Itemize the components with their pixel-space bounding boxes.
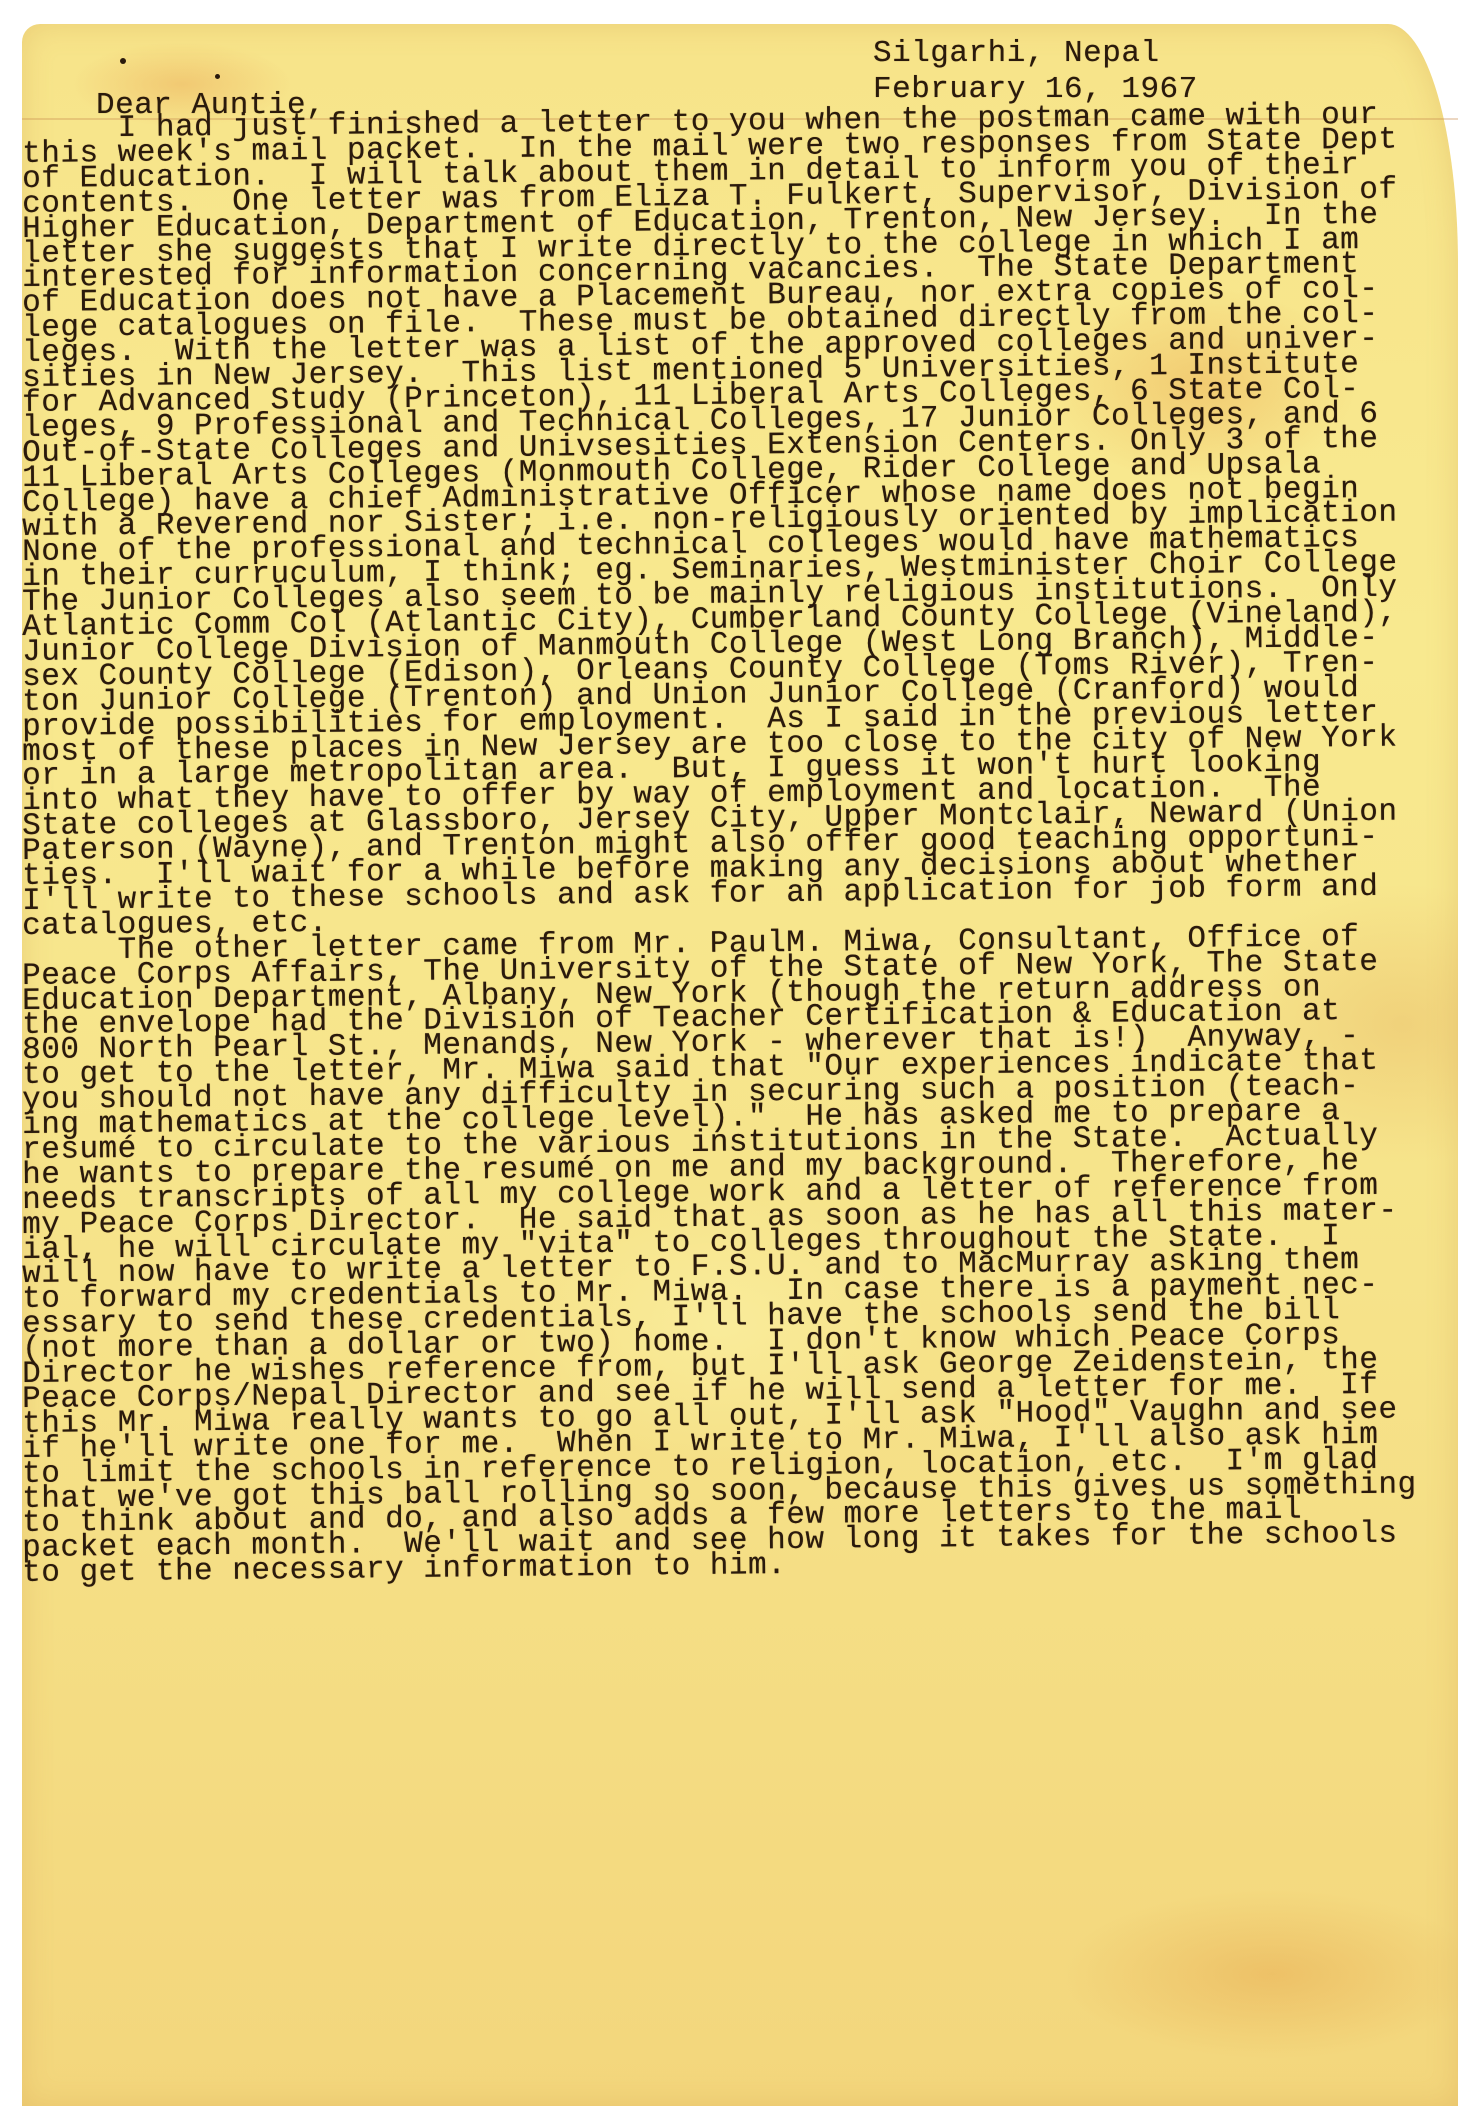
ink-dot-mark: [120, 58, 126, 64]
ink-dot-mark: [215, 74, 220, 79]
letter-place: Silgarhi, Nepal: [873, 36, 1160, 71]
typed-letter: Silgarhi, Nepal February 16, 1967 Dear A…: [0, 0, 38, 210]
